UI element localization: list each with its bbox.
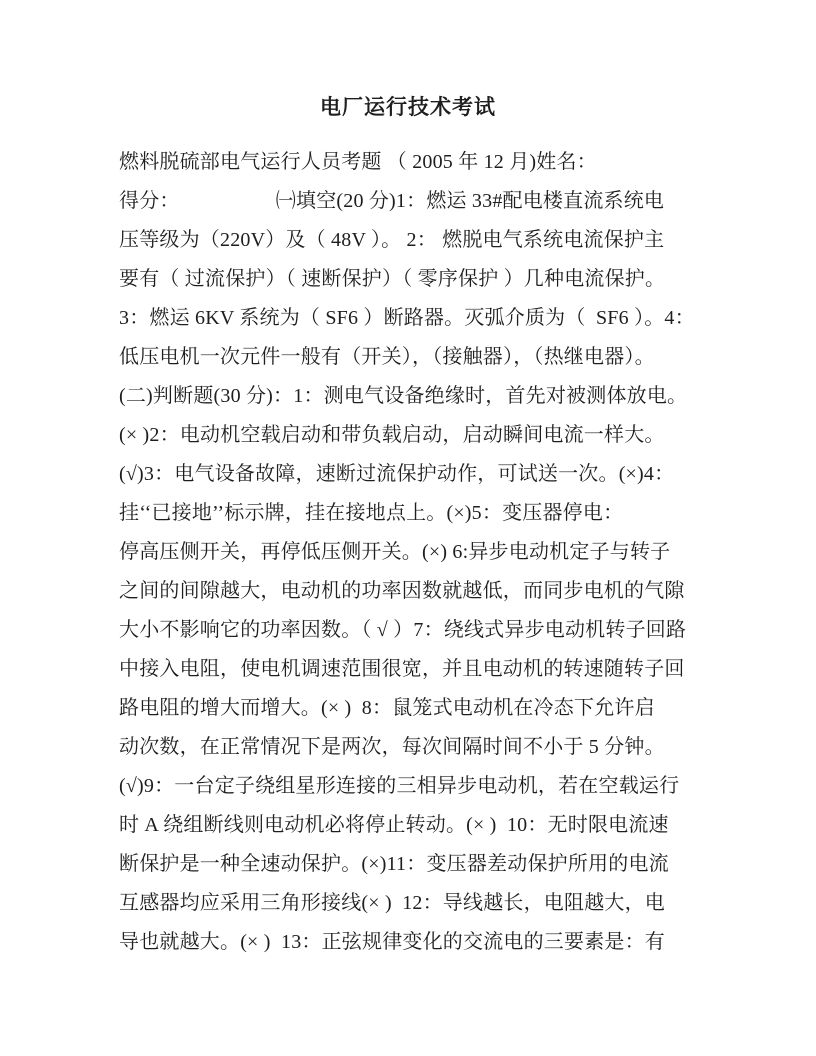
exam-text-line: (√)9：一台定子绕组星形连接的三相异步电动机，若在空载运行 [119,767,707,806]
exam-text-line: 压等级为（220V）及（ 48V ）。 2： 燃脱电气系统电流保护主 [119,221,707,260]
exam-text-line: 得分： ㈠填空(20 分)1：燃运 33#配电楼直流系统电 [119,182,707,221]
exam-text-line: 互感器均应采用三角形接线(× ) 12：导线越长，电阻越大，电 [119,884,707,923]
exam-text-line: 3：燃运 6KV 系统为（ SF6 ）断路器。灭弧介质为（ SF6 ）。4： [119,299,707,338]
exam-text-line: 大小不影响它的功率因数。（ √ ）7：绕线式异步电动机转子回路 [119,611,707,650]
exam-text-line: 中接入电阻，使电机调速范围很宽，并且电动机的转速随转子回 [119,650,707,689]
document-body: 燃料脱硫部电气运行人员考题 （ 2005 年 12 月)姓名： 得分： ㈠填空(… [119,143,707,962]
exam-text-line: 之间的间隙越大，电动机的功率因数就越低，而同步电机的气隙 [119,572,707,611]
exam-document-page: 电厂运行技术考试 燃料脱硫部电气运行人员考题 （ 2005 年 12 月)姓名：… [0,0,816,1056]
exam-text-line: 停高压侧开关，再停低压侧开关。(×) 6:异步电动机定子与转子 [119,533,707,572]
exam-text-line: 时 A 绕组断线则电动机必将停止转动。(× ) 10：无时限电流速 [119,806,707,845]
exam-text-line: (× )2：电动机空载启动和带负载启动，启动瞬间电流一样大。 [119,416,707,455]
exam-text-line: 燃料脱硫部电气运行人员考题 （ 2005 年 12 月)姓名： [119,143,707,182]
exam-text-line: (√)3：电气设备故障，速断过流保护动作，可试送一次。(×)4： [119,455,707,494]
exam-text-line: 路电阻的增大而增大。(× ) 8：鼠笼式电动机在冷态下允许启 [119,689,707,728]
exam-text-line: 断保护是一种全速动保护。(×)11：变压器差动保护所用的电流 [119,845,707,884]
exam-text-line: 导也就越大。(× ) 13：正弦规律变化的交流电的三要素是：有 [119,923,707,962]
exam-text-line: (二)判断题(30 分)：1：测电气设备绝缘时，首先对被测体放电。 [119,377,707,416]
exam-text-line: 动次数，在正常情况下是两次，每次间隔时间不小于 5 分钟。 [119,728,707,767]
page-title: 电厂运行技术考试 [0,0,816,119]
exam-text-line: 挂‘‘已接地’’标示牌，挂在接地点上。(×)5：变压器停电： [119,494,707,533]
exam-text-line: 低压电机一次元件一般有（开关），（接触器），（热继电器）。 [119,338,707,377]
exam-text-line: 要有（ 过流保护）（ 速断保护）（ 零序保护 ）几种电流保护。 [119,260,707,299]
